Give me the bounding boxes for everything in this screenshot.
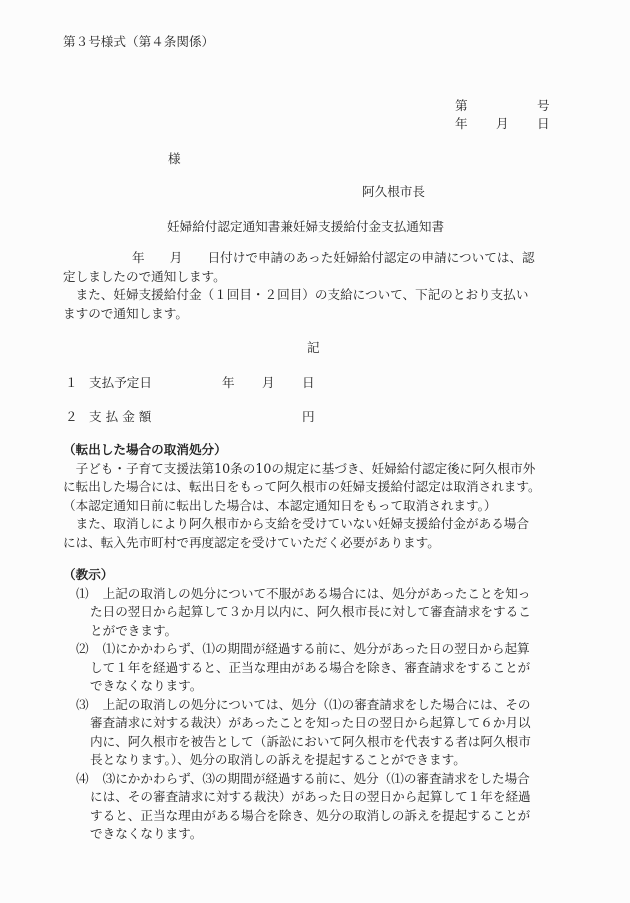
date-year: 年: [455, 115, 468, 133]
item-number: １: [65, 374, 78, 392]
instruction-line: ⑶にかかわらず、⑶の期間が経過する前に、処分（⑴の審査請求をした場合: [90, 770, 530, 788]
instruction-line: 審査請求に対する裁決）があったことを知った日の翌日から起算して６か月以: [90, 714, 531, 732]
instruction-line: 上記の取消しの処分については、処分（⑴の審査請求をした場合には、その: [90, 696, 531, 714]
cancellation-line: には、転入先市町村で再度認定を受けていただく必要があります。: [63, 534, 440, 552]
body-p2-line2: ますので通知します。: [63, 305, 188, 323]
doc-number-prefix: 第: [455, 97, 468, 115]
instruction-line: とができます。: [90, 622, 177, 640]
cancellation-line: 子ども・子育て支援法第10条の10の規定に基づき、妊婦給付認定後に阿久根市外: [63, 460, 535, 478]
item-number: ⑴: [76, 585, 89, 603]
item-unit: 円: [302, 408, 315, 426]
doc-number-suffix: 号: [537, 97, 550, 115]
item-number: ⑶: [76, 696, 89, 714]
date-day: 日: [537, 115, 550, 133]
instruction-line: できなくなります。: [90, 677, 202, 695]
item-label: 支 払 金 額: [89, 408, 151, 426]
item-number: ⑵: [76, 640, 89, 658]
cancellation-line: （本認定通知日前に転出した場合は、本認定通知日をもって取消されます。）: [63, 497, 496, 515]
body-p1-line2: 定しましたので通知します。: [63, 268, 226, 286]
ki-heading: 記: [307, 339, 320, 357]
cancellation-line: に転出した場合には、転出日をもって阿久根市の妊婦支援給付認定は取消されます。: [63, 478, 541, 496]
issuer: 阿久根市長: [362, 183, 425, 201]
item-year: 年: [222, 374, 235, 392]
document-title: 妊婦給付認定通知書兼妊婦支援給付金支払通知書: [167, 218, 444, 236]
item-label: 支払予定日: [89, 374, 152, 392]
instruction-line: 長となります。）、処分の取消しの訴えを提起することができます。: [90, 751, 466, 769]
addressee-suffix: 様: [168, 150, 181, 168]
instruction-line: ⑴にかかわらず、⑴の期間が経過する前に、処分があった日の翌日から起算: [90, 640, 530, 658]
date-month: 月: [496, 115, 509, 133]
item-day: 日: [302, 374, 315, 392]
item-month: 月: [262, 374, 275, 392]
instruction-heading: （教示）: [63, 566, 113, 584]
item-number: ２: [65, 408, 78, 426]
item-number: ⑷: [76, 770, 89, 788]
instruction-line: すると、正当な理由がある場合を除き、処分の取消しの訴えを提起することが: [90, 807, 530, 825]
form-label: 第３号様式（第４条関係）: [63, 33, 214, 51]
instruction-line: して１年を経過すると、正当な理由がある場合を除き、審査請求をすることが: [90, 659, 530, 677]
instruction-line: には、その審査請求に対する裁決）があった日の翌日から起算して１年を経過: [90, 788, 531, 806]
instruction-line: 上記の取消しの処分について不服がある場合には、処分があったことを知っ: [90, 585, 530, 603]
cancellation-line: また、取消しにより阿久根市から支給を受けていない妊婦支援給付金がある場合: [63, 515, 529, 533]
instruction-line: た日の翌日から起算して３か月以内に、阿久根市長に対して審査請求をするこ: [90, 603, 531, 621]
instruction-line: 内に、阿久根市を被告として（訴訟において阿久根市を代表する者は阿久根市: [90, 733, 531, 751]
body-p2-line1: また、妊婦支援給付金（１回目・２回目）の支給について、下記のとおり支払い: [63, 286, 528, 304]
instruction-line: できなくなります。: [90, 825, 202, 843]
body-p1-line1: 年 月 日付けで申請のあった妊婦給付認定の申請については、認: [132, 249, 535, 267]
cancellation-heading: （転出した場合の取消処分）: [63, 441, 227, 459]
